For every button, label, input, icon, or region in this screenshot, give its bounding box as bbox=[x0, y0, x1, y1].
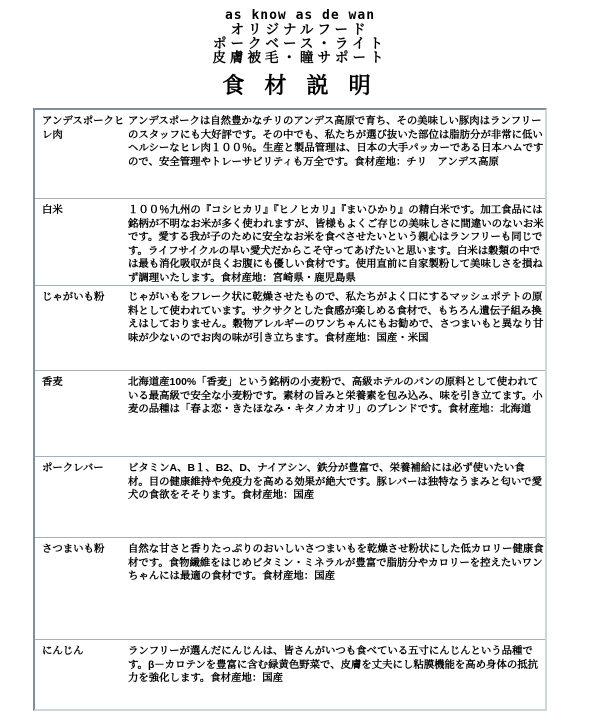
document-header: as know as de wan オリジナルフード ポークベース・ライト 皮膚… bbox=[0, 0, 600, 99]
table-row: ポークレバー ビタミンA、B１、B2、D、ナイアシン、鉄分が豊富で、栄養補給には… bbox=[35, 456, 545, 537]
product-line: オリジナルフード bbox=[0, 23, 600, 37]
page-title: 食 材 説 明 bbox=[0, 73, 600, 99]
ingredient-description: 自然な甘さと香りたっぷりのおいしいさつまいもを乾燥させ粉状にした低カロリー健康食… bbox=[128, 538, 545, 639]
product-feature: 皮膚被毛・瞳サポート bbox=[0, 51, 600, 65]
ingredient-description: アンデスポークは自然豊かなチリのアンデス高原で育ち、その美味しい豚肉はランフリー… bbox=[128, 110, 545, 198]
brand-title: as know as de wan bbox=[0, 8, 600, 23]
ingredient-name: ポークレバー bbox=[35, 457, 128, 537]
product-name: ポークベース・ライト bbox=[0, 37, 600, 51]
ingredient-description: じゃがいもをフレーク状に乾燥させたもので、私たちがよく口にするマッシュポテトの原… bbox=[128, 286, 545, 370]
ingredient-name: にんじん bbox=[35, 640, 128, 709]
ingredient-name: じゃがいも粉 bbox=[35, 286, 128, 370]
ingredient-name: さつまいも粉 bbox=[35, 538, 128, 639]
ingredient-description: ランフリーが選んだにんじんは、皆さんがいつも食べている五寸にんじんという品種です… bbox=[128, 640, 545, 709]
ingredient-name: 香麦 bbox=[35, 371, 128, 456]
ingredient-description: ビタミンA、B１、B2、D、ナイアシン、鉄分が豊富で、栄養補給には必ず使いたい食… bbox=[128, 457, 545, 537]
table-row: 香麦 北海道産100%「香麦」という銘柄の小麦粉で、高級ホテルのパンの原料として… bbox=[35, 370, 545, 456]
table-row: じゃがいも粉 じゃがいもをフレーク状に乾燥させたもので、私たちがよく口にするマッ… bbox=[35, 285, 545, 370]
ingredient-table: アンデスポークヒレ肉 アンデスポークは自然豊かなチリのアンデス高原で育ち、その美… bbox=[33, 108, 547, 711]
table-row: にんじん ランフリーが選んだにんじんは、皆さんがいつも食べている五寸にんじんとい… bbox=[35, 639, 545, 709]
ingredient-name: 白米 bbox=[35, 199, 128, 285]
ingredient-name: アンデスポークヒレ肉 bbox=[35, 110, 128, 198]
table-row: 白米 １００％九州の『コシヒカリ』『ヒノヒカリ』『まいひかり』の精白米です。加工… bbox=[35, 198, 545, 285]
ingredient-description: 北海道産100%「香麦」という銘柄の小麦粉で、高級ホテルのパンの原料として使われ… bbox=[128, 371, 545, 456]
ingredient-description: １００％九州の『コシヒカリ』『ヒノヒカリ』『まいひかり』の精白米です。加工食品に… bbox=[128, 199, 545, 285]
table-row: さつまいも粉 自然な甘さと香りたっぷりのおいしいさつまいもを乾燥させ粉状にした低… bbox=[35, 537, 545, 639]
table-row: アンデスポークヒレ肉 アンデスポークは自然豊かなチリのアンデス高原で育ち、その美… bbox=[35, 110, 545, 198]
